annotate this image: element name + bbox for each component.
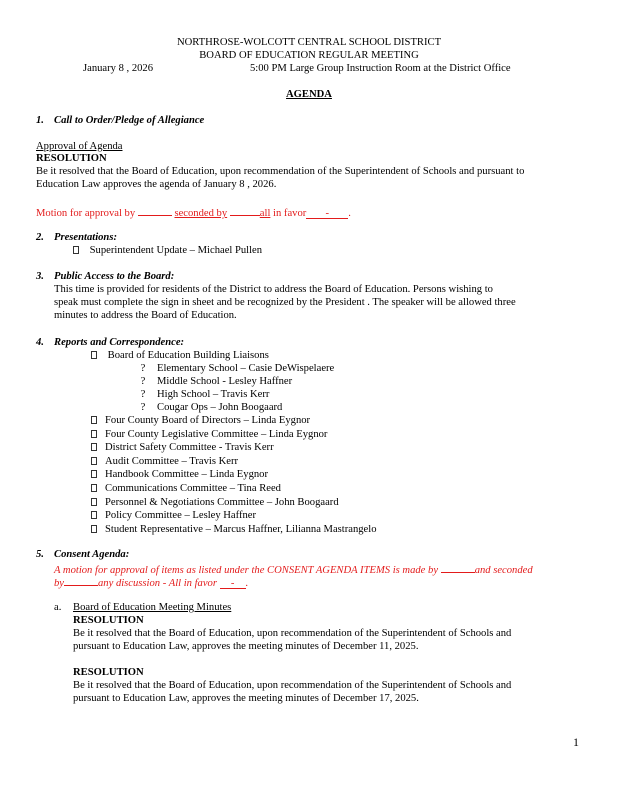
liaisons-heading: Board of Education Building Liaisons: [91, 350, 269, 361]
section-1-number: 1.: [36, 115, 44, 126]
liaison-item: ?Middle School - Lesley Haffner: [139, 376, 292, 387]
public-access-line1: This time is provided for residents of t…: [54, 284, 493, 295]
report-item: Personnel & Negotiations Committee – Joh…: [91, 497, 339, 508]
minutes-resolution-1-line2: pursuant to Education Law, approves the …: [73, 641, 418, 652]
motion-seconded: seconded by: [174, 208, 227, 219]
sub-bullet-icon: ?: [139, 389, 147, 400]
bullet-icon: [91, 498, 97, 506]
vote-count-blank[interactable]: -: [306, 208, 348, 219]
approval-motion: Motion for approval by seconded by all i…: [36, 205, 351, 219]
bullet-icon: [91, 351, 97, 359]
liaison-item: ?Cougar Ops – John Boogaard: [139, 402, 282, 413]
bullet-icon: [91, 443, 97, 451]
report-item: Communications Committee – Tina Reed: [91, 483, 281, 494]
section-1-title: Call to Order/Pledge of Allegiance: [54, 115, 204, 126]
page-number: 1: [573, 735, 579, 750]
sub-bullet-icon: ?: [139, 402, 147, 413]
district-name: NORTHROSE-WOLCOTT CENTRAL SCHOOL DISTRIC…: [0, 37, 618, 48]
report-item: Handbook Committee – Linda Eygnor: [91, 469, 268, 480]
public-access-line3: minutes to address the Board of Educatio…: [54, 310, 237, 321]
approval-resolution-line2: Education Law approves the agenda of Jan…: [36, 179, 276, 190]
consent-motion-line2: byany discussion - All in favor -.: [54, 575, 248, 589]
meeting-date: January 8 , 2026: [83, 63, 153, 74]
meeting-time-location: 5:00 PM Large Group Instruction Room at …: [250, 63, 511, 74]
consent-made-by-blank[interactable]: [441, 562, 475, 573]
report-item: Audit Committee – Travis Kerr: [91, 456, 238, 467]
bullet-icon: [91, 470, 97, 478]
sub-bullet-icon: ?: [139, 363, 147, 374]
bullet-icon: [91, 484, 97, 492]
minutes-resolution-2-label: RESOLUTION: [73, 667, 144, 678]
meeting-title: BOARD OF EDUCATION REGULAR MEETING: [0, 50, 618, 61]
minutes-resolution-2-line1: Be it resolved that the Board of Educati…: [73, 680, 511, 691]
liaison-item: ?High School – Travis Kerr: [139, 389, 269, 400]
subitem-a-title: Board of Education Meeting Minutes: [73, 602, 231, 613]
bullet-icon: [73, 246, 79, 254]
presentation-item: Superintendent Update – Michael Pullen: [73, 245, 262, 256]
report-item: District Safety Committee - Travis Kerr: [91, 442, 274, 453]
motion-prefix: Motion for approval by: [36, 208, 135, 219]
section-4-number: 4.: [36, 337, 44, 348]
report-item: Student Representative – Marcus Haffner,…: [91, 524, 377, 535]
approval-resolution-line1: Be it resolved that the Board of Educati…: [36, 166, 524, 177]
seconded-by-blank[interactable]: [230, 205, 260, 216]
sub-bullet-icon: ?: [139, 376, 147, 387]
section-5-title: Consent Agenda:: [54, 549, 129, 560]
consent-seconded-blank[interactable]: [64, 575, 98, 586]
liaison-item: ?Elementary School – Casie DeWispelaere: [139, 363, 334, 374]
report-item: Four County Board of Directors – Linda E…: [91, 415, 310, 426]
approval-resolution-label: RESOLUTION: [36, 153, 107, 164]
section-3-number: 3.: [36, 271, 44, 282]
bullet-icon: [91, 430, 97, 438]
bullet-icon: [91, 416, 97, 424]
section-2-number: 2.: [36, 232, 44, 243]
bullet-icon: [91, 457, 97, 465]
public-access-line2: speak must complete the sign in sheet an…: [54, 297, 516, 308]
minutes-resolution-1-label: RESOLUTION: [73, 615, 144, 626]
consent-motion-line1: A motion for approval of items as listed…: [54, 562, 533, 576]
subitem-a-letter: a.: [54, 602, 61, 613]
bullet-icon: [91, 511, 97, 519]
minutes-resolution-1-line1: Be it resolved that the Board of Educati…: [73, 628, 511, 639]
page-title: AGENDA: [0, 89, 618, 100]
section-2-title: Presentations:: [54, 232, 117, 243]
section-4-title: Reports and Correspondence:: [54, 337, 184, 348]
motion-all: all: [260, 208, 271, 219]
motion-by-blank[interactable]: [138, 205, 172, 216]
section-3-title: Public Access to the Board:: [54, 271, 174, 282]
section-5-number: 5.: [36, 549, 44, 560]
report-item: Four County Legislative Committee – Lind…: [91, 429, 327, 440]
approval-heading: Approval of Agenda: [36, 141, 123, 152]
report-item: Policy Committee – Lesley Haffner: [91, 510, 256, 521]
consent-vote-blank[interactable]: -: [220, 578, 246, 589]
minutes-resolution-2-line2: pursuant to Education Law, approves the …: [73, 693, 419, 704]
bullet-icon: [91, 525, 97, 533]
motion-in-favor: in favor: [273, 208, 306, 219]
